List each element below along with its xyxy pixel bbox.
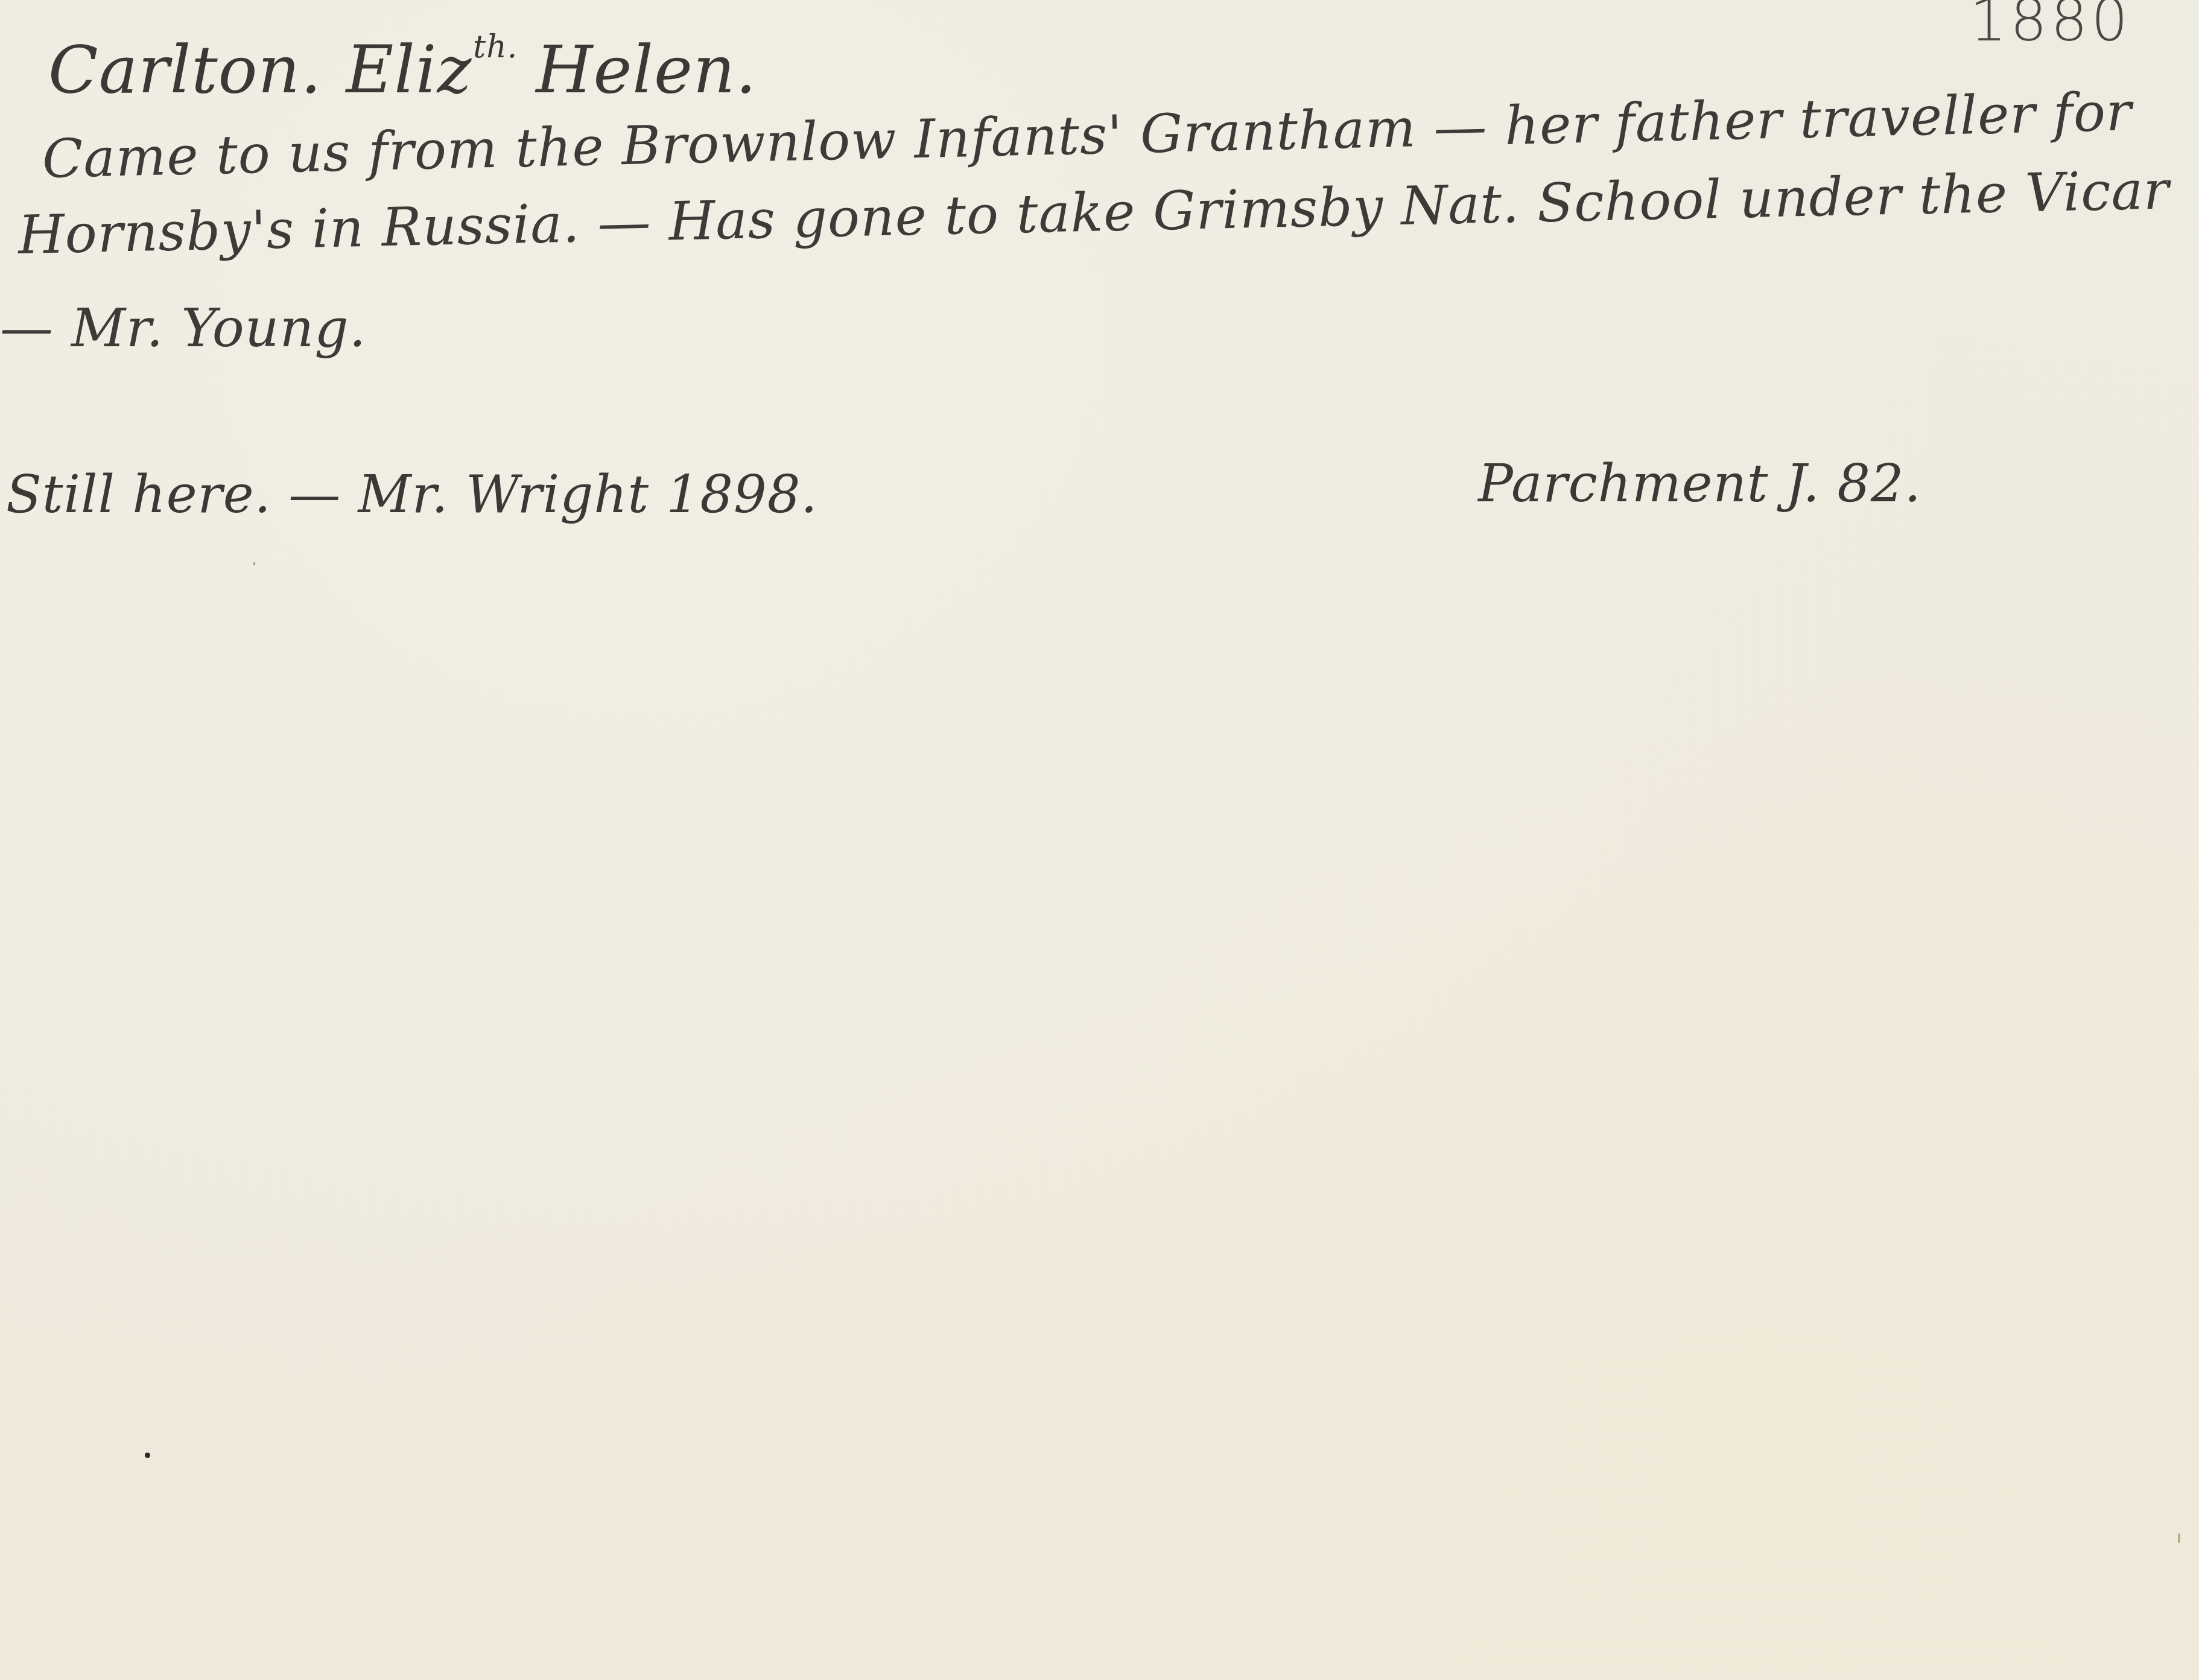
forename-superscript: th. — [473, 29, 518, 65]
parchment-reference: Parchment J. 82. — [1478, 454, 1921, 514]
register-page: Carlton.Elizth.Helen. 1880 Came to us fr… — [0, 0, 2199, 1680]
paper-fibre-mark — [2178, 1533, 2180, 1543]
pupil-name-heading: Carlton.Elizth.Helen. — [48, 29, 757, 108]
entry-year: 1880 — [1970, 0, 2131, 54]
still-here-note: Still here. — Mr. Wright 1898. — [6, 464, 818, 525]
surname: Carlton. — [48, 33, 322, 108]
entry-line-3: — Mr. Young. — [0, 297, 367, 359]
middle-name: Helen. — [536, 33, 757, 108]
ink-dot-mark — [145, 1453, 150, 1458]
forename-abbrev: Eliz — [346, 33, 472, 108]
ink-speck-mark — [2166, 180, 2168, 183]
ink-speck-mark — [253, 562, 255, 565]
